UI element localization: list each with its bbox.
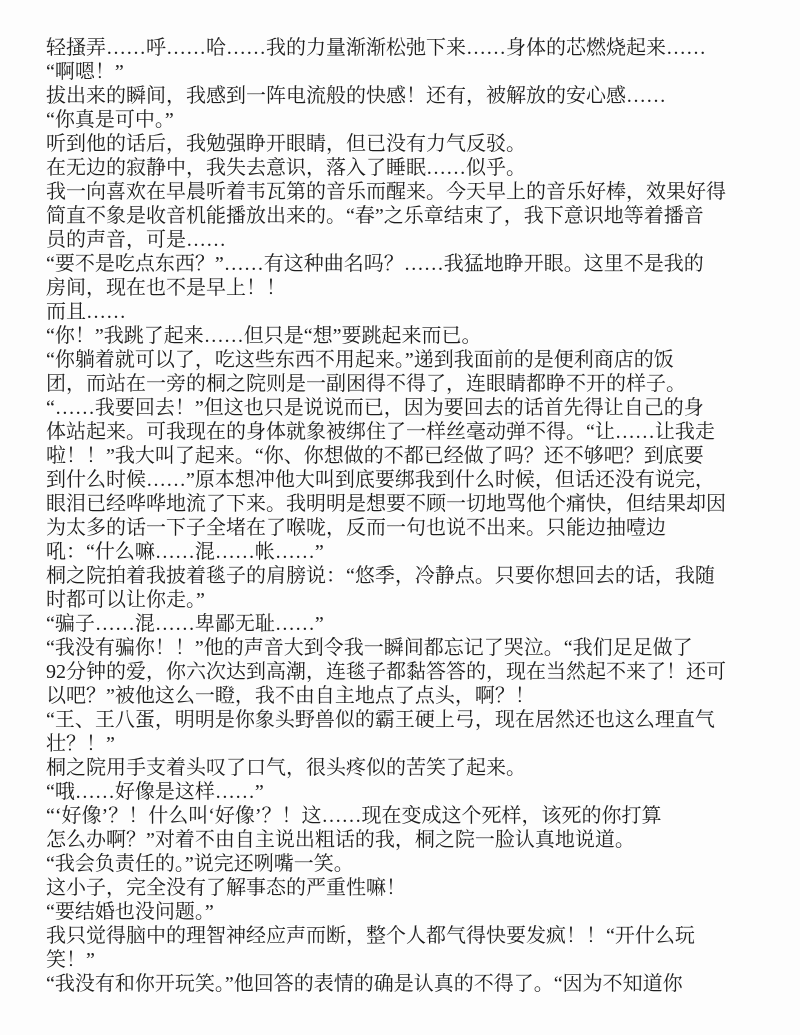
text-line: “哦……好像是这样……”: [46, 780, 766, 804]
text-line: 吼：“什么嘛……混……帐……”: [46, 540, 766, 564]
text-line: 房间，现在也不是早上！！: [46, 276, 766, 300]
text-line: 团，而站在一旁的桐之院则是一副困得不得了，连眼睛都睁不开的样子。: [46, 372, 766, 396]
text-line: “要不是吃点东西？”……有这种曲名吗？……我猛地睁开眼。这里不是我的: [46, 252, 766, 276]
text-line: 眼泪已经哗哗地流了下来。我明明是想要不顾一切地骂他个痛快，但结果却因: [46, 492, 766, 516]
text-line: “骗子……混……卑鄙无耻……”: [46, 612, 766, 636]
text-line: 体站起来。可我现在的身体就象被绑住了一样丝毫动弹不得。“让……让我走: [46, 420, 766, 444]
text-line: 我只觉得脑中的理智神经应声而断，整个人都气得快要发疯！！“开什么玩: [46, 924, 766, 948]
text-line: 在无边的寂静中，我失去意识，落入了睡眠……似乎。: [46, 156, 766, 180]
text-line: “我没有骗你！！”他的声音大到令我一瞬间都忘记了哭泣。“我们足足做了: [46, 636, 766, 660]
text-line: 听到他的话后，我勉强睁开眼睛，但已没有力气反驳。: [46, 132, 766, 156]
text-line: 为太多的话一下子全堵在了喉咙，反而一句也说不出来。只能边抽噎边: [46, 516, 766, 540]
text-line: 啦！！”我大叫了起来。“你、你想做的不都已经做了吗？还不够吧？到底要: [46, 444, 766, 468]
text-line: 怎么办啊？”对着不由自主说出粗话的我，桐之院一脸认真地说道。: [46, 828, 766, 852]
text-line: “你！”我跳了起来……但只是“想”要跳起来而已。: [46, 324, 766, 348]
text-line: 我一向喜欢在早晨听着韦瓦第的音乐而醒来。今天早上的音乐好棒，效果好得: [46, 180, 766, 204]
text-line: “我没有和你开玩笑。”他回答的表情的确是认真的不得了。“因为不知道你: [46, 972, 766, 996]
text-line: 而且……: [46, 300, 766, 324]
text-line: “我会负责任的。”说完还咧嘴一笑。: [46, 852, 766, 876]
text-line: 桐之院用手支着头叹了口气，很头疼似的苦笑了起来。: [46, 756, 766, 780]
text-line: 拔出来的瞬间，我感到一阵电流般的快感！还有，被解放的安心感……: [46, 84, 766, 108]
text-line: “啊嗯！”: [46, 60, 766, 84]
text-line: 笑！”: [46, 948, 766, 972]
text-line: 时都可以让你走。”: [46, 588, 766, 612]
text-line: 92分钟的爱，你六次达到高潮，连毯子都黏答答的，现在当然起不来了！还可: [46, 660, 766, 684]
text-line: “你躺着就可以了，吃这些东西不用起来。”递到我面前的是便利商店的饭: [46, 348, 766, 372]
text-line: 这小子，完全没有了解事态的严重性嘛！: [46, 876, 766, 900]
text-line: “你真是可中。”: [46, 108, 766, 132]
text-line: “‘好像’？！什么叫‘好像’？！这……现在变成这个死样，该死的你打算: [46, 804, 766, 828]
text-line: 轻搔弄……呼……哈……我的力量渐渐松弛下来……身体的芯燃烧起来……: [46, 36, 766, 60]
text-line: 以吧？”被他这么一瞪，我不由自主地点了点头，啊？！: [46, 684, 766, 708]
text-line: 壮？！”: [46, 732, 766, 756]
text-line: 简直不象是收音机能播放出来的。“春”之乐章结束了，我下意识地等着播音: [46, 204, 766, 228]
text-block: 轻搔弄……呼……哈……我的力量渐渐松弛下来……身体的芯燃烧起来……“啊嗯！”拔出…: [46, 36, 766, 996]
text-line: “王、王八蛋，明明是你象头野兽似的霸王硬上弓，现在居然还也这么理直气: [46, 708, 766, 732]
text-line: 员的声音，可是……: [46, 228, 766, 252]
text-line: 桐之院拍着我披着毯子的肩膀说：“悠季，冷静点。只要你想回去的话，我随: [46, 564, 766, 588]
text-line: “……我要回去！”但这也只是说说而已，因为要回去的话首先得让自己的身: [46, 396, 766, 420]
text-line: “要结婚也没问题。”: [46, 900, 766, 924]
text-line: 到什么时候……”原本想冲他大叫到底要绑我到什么时候，但话还没有说完，: [46, 468, 766, 492]
document-page: 轻搔弄……呼……哈……我的力量渐渐松弛下来……身体的芯燃烧起来……“啊嗯！”拔出…: [0, 0, 800, 1035]
